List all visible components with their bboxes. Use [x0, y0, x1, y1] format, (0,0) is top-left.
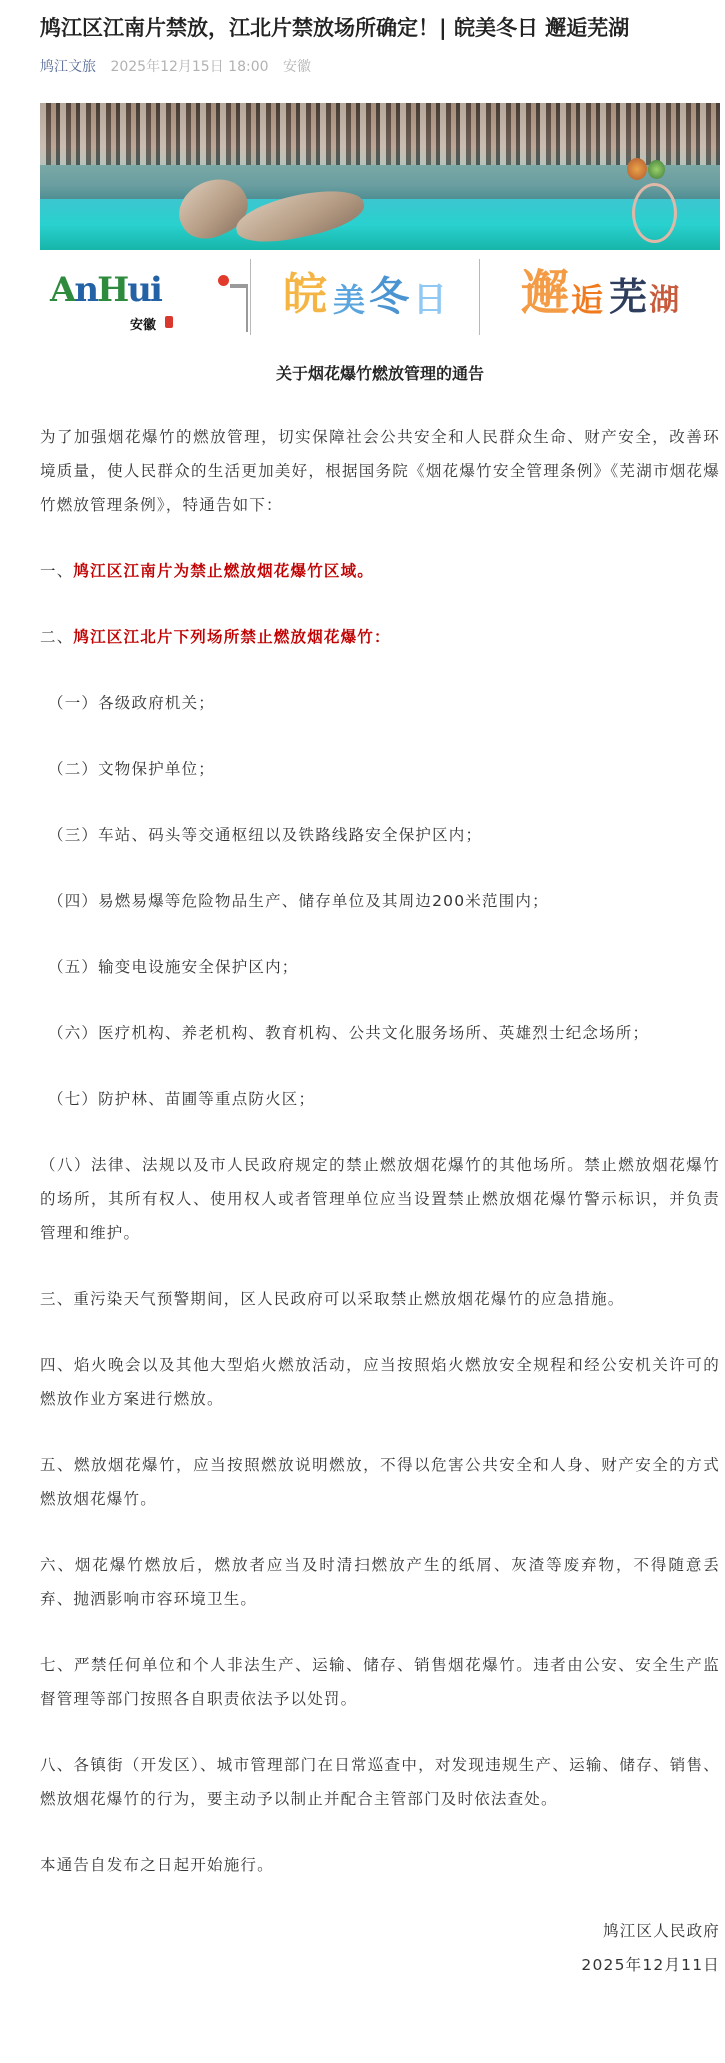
article-page: 鸠江区江南片禁放，江北片禁放场所确定！| 皖美冬日 邂逅芜湖 鸠江文旅 2025…: [0, 0, 725, 1982]
ball-shape: [648, 160, 665, 179]
place-item-1: （一）各级政府机关；: [40, 686, 720, 720]
article-meta: 鸠江文旅 2025年12月15日 18:00 安徽: [40, 57, 709, 77]
slogan-char: 日: [413, 282, 447, 318]
anhui-logo: AnHui 安徽: [40, 252, 250, 342]
anhui-logo-subtext: 安徽: [130, 314, 156, 333]
section-prefix: 一、: [40, 562, 73, 580]
publish-date: 2025年12月15日 18:00: [110, 59, 268, 75]
pool-water: [40, 199, 720, 250]
hoop-ring: [632, 183, 677, 243]
pool-wall: [40, 165, 720, 199]
place-item-7: （七）防护林、苗圃等重点防火区；: [40, 1082, 720, 1116]
ball-shape: [627, 158, 647, 180]
place-item-4: （四）易燃易爆等危险物品生产、储存单位及其周边200米范围内；: [40, 884, 720, 918]
notice-section-3: 三、重污染天气预警期间，区人民政府可以采取禁止燃放烟花爆竹的应急措施。: [40, 1282, 720, 1316]
notice-issuer: 鸠江区人民政府: [40, 1914, 720, 1948]
notice-section-8: 八、各镇街（开发区）、城市管理部门在日常巡查中，对发现违规生产、运输、储存、销售…: [40, 1748, 720, 1816]
article-title: 鸠江区江南片禁放，江北片禁放场所确定！| 皖美冬日 邂逅芜湖: [40, 0, 709, 43]
notice-effective-statement: 本通告自发布之日起开始施行。: [40, 1848, 720, 1882]
notice-intro: 为了加强烟花爆竹的燃放管理，切实保障社会公共安全和人民群众生命、财产安全，改善环…: [40, 420, 720, 522]
logo-gate-icon: [230, 284, 248, 332]
slogan-char: 美: [333, 282, 365, 318]
notice-section-2: 二、鸠江区江北片下列场所禁止燃放烟花爆竹：: [40, 620, 720, 654]
notice-issue-date: 2025年12月11日: [40, 1948, 720, 1982]
section-prefix: 二、: [40, 628, 73, 646]
place-item-6: （六）医疗机构、养老机构、教育机构、公共文化服务场所、英雄烈士纪念场所；: [40, 1016, 720, 1050]
audience-crowd: [40, 103, 720, 165]
place-item-5: （五）输变电设施安全保护区内；: [40, 950, 720, 984]
notice-section-5: 五、燃放烟花爆竹，应当按照燃放说明燃放，不得以危害公共安全和人身、财产安全的方式…: [40, 1448, 720, 1516]
place-item-2: （二）文物保护单位；: [40, 752, 720, 786]
logo-seal-icon: [165, 316, 173, 328]
notice-section-6: 六、烟花爆竹燃放后，燃放者应当及时清扫燃放产生的纸屑、灰渣等废弃物，不得随意丢弃…: [40, 1548, 720, 1616]
slogan-char: 冬: [369, 276, 409, 318]
slogan-char: 湖: [649, 284, 679, 318]
notice-section-1: 一、鸠江区江南片为禁止燃放烟花爆竹区域。: [40, 554, 720, 588]
notice-section-4: 四、焰火晚会以及其他大型焰火燃放活动，应当按照焰火燃放安全规程和经公安机关许可的…: [40, 1348, 720, 1416]
place-item-8: （八）法律、法规以及市人民政府规定的禁止燃放烟花爆竹的其他场所。禁止燃放烟花爆竹…: [40, 1148, 720, 1250]
slogan-wan-mei-dong-ri: 皖 美 冬 日: [251, 252, 480, 342]
author-link[interactable]: 鸠江文旅: [40, 59, 96, 75]
notice-section-7: 七、严禁任何单位和个人非法生产、运输、储存、销售烟花爆竹。违者由公安、安全生产监…: [40, 1648, 720, 1716]
section-emphasis: 鸠江区江南片为禁止燃放烟花爆竹区域。: [73, 562, 374, 580]
place-item-3: （三）车站、码头等交通枢纽以及铁路线路安全保护区内；: [40, 818, 720, 852]
slogan-char: 邂: [521, 268, 569, 318]
logo-sun-icon: [218, 275, 229, 286]
anhui-logo-wordmark: AnHui: [50, 270, 161, 310]
hero-image-dolphin-show[interactable]: [40, 103, 720, 250]
publish-location: 安徽: [283, 59, 311, 75]
notice-heading: 关于烟花爆竹燃放管理的通告: [40, 362, 720, 386]
slogan-char: 逅: [571, 282, 603, 318]
slogan-char: 皖: [283, 272, 327, 318]
slogan-char: 芜: [609, 276, 647, 318]
slogan-xie-hou-wu-hu: 邂 逅 芜 湖: [480, 252, 720, 342]
section-emphasis: 鸠江区江北片下列场所禁止燃放烟花爆竹：: [73, 628, 390, 646]
brand-banner: AnHui 安徽 皖 美 冬 日 邂 逅 芜 湖: [40, 252, 720, 342]
